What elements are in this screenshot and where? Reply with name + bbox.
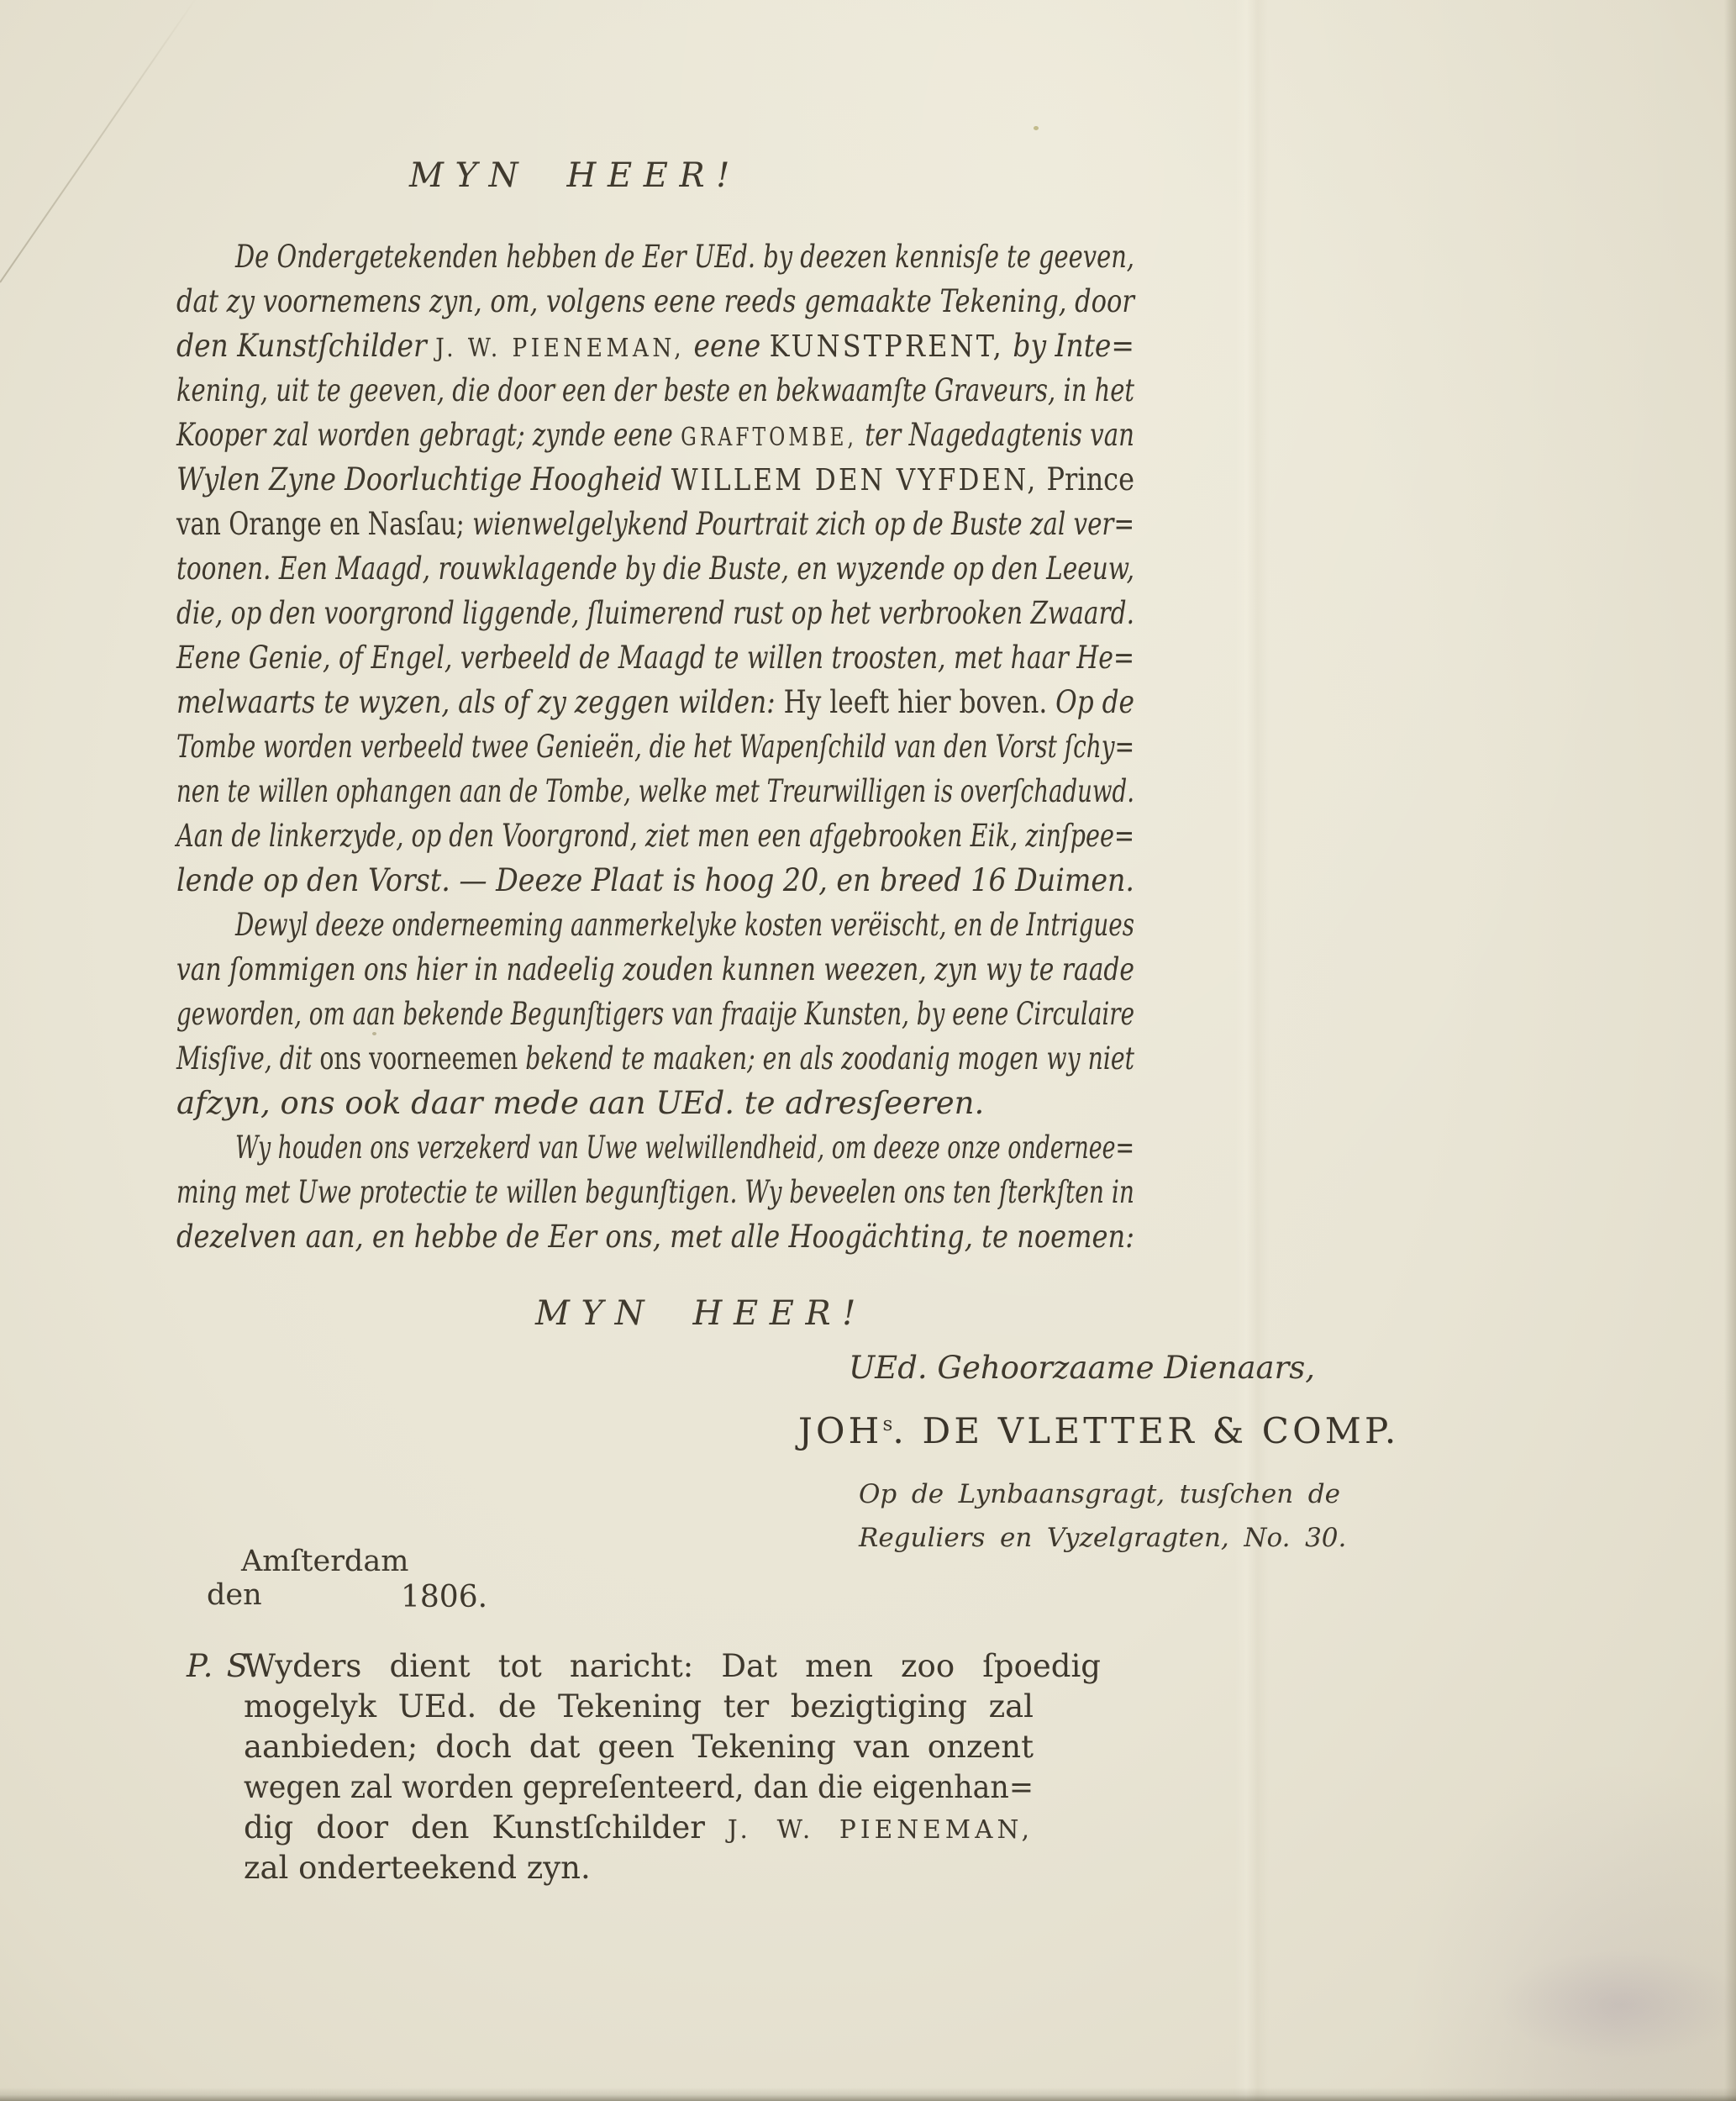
text-line-content: die, op den voorgrond liggende, ſluimere…: [176, 591, 1134, 635]
paper-edge-shade-right: [1724, 0, 1736, 2101]
text-line-content: Kooper zal worden gebragt; zynde eene GR…: [176, 413, 1134, 460]
pencil-smudge: [1496, 1950, 1736, 2059]
text-line: zal onderteekend zyn.: [244, 1848, 1034, 1888]
text-line-content: nen te willen ophangen aan de Tombe, wel…: [176, 769, 1134, 814]
text-line-content: kening, uit te geeven, die door een der …: [176, 368, 1134, 413]
text-line: afzyn, ons ook daar mede aan UEd. te adr…: [176, 1081, 1134, 1125]
text-line-content: Wy houden ons verzekerd van Uwe welwille…: [235, 1125, 1134, 1170]
text-segment: van Orange en Nasſau;: [176, 506, 472, 542]
text-line: Dewyl deeze onderneeming aanmerkelyke ko…: [176, 903, 1134, 947]
text-segment: afzyn, ons ook daar mede aan UEd. te adr…: [176, 1085, 984, 1121]
text-line: Tombe worden verbeeld twee Genieën, die …: [176, 724, 1134, 769]
firm-name-superscript: s: [883, 1414, 893, 1435]
text-line: Wylen Zyne Doorluchtige Hoogheid WILLEM …: [176, 457, 1134, 502]
text-line-content: Wylen Zyne Doorluchtige Hoogheid WILLEM …: [176, 457, 1134, 503]
paper-fold-band: [1235, 0, 1269, 2101]
text-line-content: lende op den Vorst. — Deeze Plaat is hoo…: [176, 858, 1134, 903]
text-line-content: Misſive, dit ons voorneemen bekend te ma…: [176, 1036, 1134, 1081]
text-segment: ming met Uwe protectie te willen begunſt…: [176, 1174, 1134, 1210]
text-line: mogelyk UEd. de Tekening ter bezigtiging…: [244, 1687, 1034, 1727]
paper-speck: [1034, 126, 1039, 130]
text-segment: nen te willen ophangen aan de Tombe, wel…: [176, 773, 1134, 809]
text-line: dezelven aan, en hebbe de Eer ons, met a…: [176, 1214, 1134, 1259]
text-line: lende op den Vorst. — Deeze Plaat is hoo…: [176, 858, 1134, 903]
text-segment: van ſommigen ons hier in nadeelig zouden…: [176, 951, 1134, 987]
text-segment: Misſive, dit: [176, 1040, 319, 1077]
text-line: den Kunstſchilder J. W. PIENEMAN, eene K…: [176, 324, 1134, 368]
text-line-content: melwaarts te wyzen, als of zy zeggen wil…: [176, 680, 1134, 724]
text-segment: Wy houden ons verzekerd van Uwe welwille…: [235, 1129, 1134, 1166]
letter-page: MYN HEER! De Ondergetekenden hebben de E…: [0, 0, 1736, 2101]
text-line-content: dezelven aan, en hebbe de Eer ons, met a…: [176, 1214, 1134, 1259]
text-segment: De Ondergetekenden hebben de Eer UEd. by…: [235, 239, 1134, 275]
closing-address-line-1: Op de Lynbaansgragt, tusſchen de: [859, 1479, 1340, 1509]
paper-fold-crease: [0, 0, 197, 283]
text-line: van ſommigen ons hier in nadeelig zouden…: [176, 947, 1134, 992]
text-line-content: Aan de linkerzyde, op den Voorgrond, zie…: [176, 814, 1134, 858]
text-line-content: dig door den Kunstſchilder J. W. PIENEMA…: [244, 1808, 1034, 1850]
text-line: toonen. Een Maagd, rouwklagende by die B…: [176, 546, 1134, 591]
text-segment: GRAFTOMBE,: [681, 423, 857, 451]
letter-body: De Ondergetekenden hebben de Eer UEd. by…: [176, 234, 1134, 1259]
dateline-day-label: den: [207, 1578, 262, 1612]
text-line-content: aanbieden; doch dat geen Tekening van on…: [244, 1727, 1034, 1767]
text-line: van Orange en Nasſau; wienwelgelykend Po…: [176, 502, 1134, 546]
text-line-content: Wyders dient tot naricht: Dat men zoo ſp…: [244, 1646, 1101, 1687]
text-segment: Hy leeft hier boven.: [784, 684, 1048, 720]
text-line: dat zy voornemens zyn, om, volgens eene …: [176, 279, 1134, 324]
text-line-content: den Kunstſchilder J. W. PIENEMAN, eene K…: [176, 324, 1134, 371]
text-segment: mogelyk UEd. de Tekening ter bezigtiging…: [244, 1688, 1034, 1725]
salutation-heading-2: MYN HEER!: [535, 1294, 867, 1333]
text-line: ming met Uwe protectie te willen begunſt…: [176, 1170, 1134, 1214]
text-line-content: van Orange en Nasſau; wienwelgelykend Po…: [176, 502, 1134, 546]
dateline-city: Amſterdam: [241, 1545, 408, 1578]
text-segment: eene: [685, 328, 770, 364]
text-segment: Wylen Zyne Doorluchtige Hoogheid: [176, 461, 671, 498]
text-segment: KUNSTPRENT,: [770, 329, 1004, 364]
text-line: melwaarts te wyzen, als of zy zeggen wil…: [176, 680, 1134, 724]
text-segment: Aan de linkerzyde, op den Voorgrond, zie…: [176, 818, 1134, 854]
text-line-content: geworden, om aan bekende Begunſtigers va…: [176, 992, 1134, 1036]
text-line: wegen zal worden gepreſenteerd, dan die …: [244, 1767, 1034, 1808]
text-segment: zal onderteekend zyn.: [244, 1850, 591, 1886]
text-segment: bekend te maaken; en als zoodanig mogen …: [518, 1040, 1134, 1077]
text-segment: Kooper zal worden gebragt; zynde eene: [176, 417, 681, 453]
text-segment: wienwelgelykend Pourtrait zich op de Bus…: [472, 506, 1134, 542]
text-line-content: Tombe worden verbeeld twee Genieën, die …: [176, 724, 1134, 769]
text-line: geworden, om aan bekende Begunſtigers va…: [176, 992, 1134, 1036]
text-line-content: mogelyk UEd. de Tekening ter bezigtiging…: [244, 1687, 1034, 1727]
text-line-content: Dewyl deeze onderneeming aanmerkelyke ko…: [235, 903, 1134, 947]
text-segment: Dewyl deeze onderneeming aanmerkelyke ko…: [235, 907, 1134, 943]
text-segment: den Kunstſchilder: [176, 328, 435, 364]
text-segment: die, op den voorgrond liggende, ſluimere…: [176, 595, 1134, 631]
text-line: Aan de linkerzyde, op den Voorgrond, zie…: [176, 814, 1134, 858]
text-line: kening, uit te geeven, die door een der …: [176, 368, 1134, 413]
text-segment: by Inte=: [1004, 328, 1134, 364]
text-segment: dig door den Kunstſchilder: [244, 1809, 728, 1846]
text-line: dig door den Kunstſchilder J. W. PIENEMA…: [244, 1808, 1034, 1848]
text-segment: Prince: [1038, 461, 1134, 498]
text-segment: Tombe worden verbeeld twee Genieën, die …: [176, 729, 1134, 765]
text-segment: lende op den Vorst. — Deeze Plaat is hoo…: [176, 862, 1134, 898]
text-line-content: zal onderteekend zyn.: [244, 1848, 591, 1888]
text-line: Eene Genie, of Engel, verbeeld de Maagd …: [176, 635, 1134, 680]
text-line: die, op den voorgrond liggende, ſluimere…: [176, 591, 1134, 635]
dateline-year: 1806.: [401, 1580, 487, 1614]
text-line: Misſive, dit ons voorneemen bekend te ma…: [176, 1036, 1134, 1081]
postscript-body: Wyders dient tot naricht: Dat men zoo ſp…: [244, 1646, 1101, 1888]
text-line: Wy houden ons verzekerd van Uwe welwille…: [176, 1125, 1134, 1170]
salutation-heading: MYN HEER!: [409, 156, 741, 195]
text-segment: WILLEM DEN VYFDEN,: [671, 463, 1039, 498]
text-segment: wegen zal worden gepreſenteerd, dan die …: [244, 1769, 1034, 1805]
closing-address-line-2: Reguliers en Vyzelgragten, No. 30.: [859, 1523, 1346, 1553]
firm-name-post: . DE VLETTER & COMP.: [892, 1410, 1399, 1451]
text-segment: dezelven aan, en hebbe de Eer ons, met a…: [176, 1219, 1134, 1255]
text-segment: Eene Genie, of Engel, verbeeld de Maagd …: [176, 640, 1134, 676]
text-segment: ter Nagedagtenis van: [857, 417, 1134, 453]
text-segment: melwaarts te wyzen, als of zy zeggen wil…: [176, 684, 784, 720]
text-line-content: van ſommigen ons hier in nadeelig zouden…: [176, 947, 1134, 992]
closing-servants-line: UEd. Gehoorzaame Dienaars,: [849, 1350, 1315, 1386]
text-segment: ons voorneemen: [319, 1040, 518, 1077]
text-segment: toonen. Een Maagd, rouwklagende by die B…: [176, 550, 1134, 587]
closing-firm-name: JOHs. DE VLETTER & COMP.: [798, 1410, 1399, 1451]
text-segment: J. W. PIENEMAN,: [435, 334, 685, 362]
text-segment: geworden, om aan bekende Begunſtigers va…: [176, 996, 1134, 1032]
text-line: nen te willen ophangen aan de Tombe, wel…: [176, 769, 1134, 814]
text-line-content: toonen. Een Maagd, rouwklagende by die B…: [176, 546, 1134, 591]
text-line-content: afzyn, ons ook daar mede aan UEd. te adr…: [176, 1081, 984, 1125]
text-segment: kening, uit te geeven, die door een der …: [176, 372, 1134, 408]
text-line: Kooper zal worden gebragt; zynde eene GR…: [176, 413, 1134, 457]
text-segment: J. W. PIENEMAN,: [728, 1815, 1034, 1844]
text-line-content: wegen zal worden gepreſenteerd, dan die …: [244, 1767, 1034, 1808]
text-segment: Wyders dient tot naricht: Dat men zoo ſp…: [244, 1648, 1101, 1684]
text-line-content: dat zy voornemens zyn, om, volgens eene …: [176, 279, 1134, 324]
text-line-content: Eene Genie, of Engel, verbeeld de Maagd …: [176, 635, 1134, 680]
text-segment: aanbieden; doch dat geen Tekening van on…: [244, 1729, 1034, 1765]
firm-name-pre: JOH: [798, 1410, 883, 1451]
text-line: aanbieden; doch dat geen Tekening van on…: [244, 1727, 1034, 1767]
text-line: De Ondergetekenden hebben de Eer UEd. by…: [176, 234, 1134, 279]
text-segment: Op de: [1047, 684, 1134, 720]
text-line: Wyders dient tot naricht: Dat men zoo ſp…: [244, 1646, 1101, 1687]
text-line-content: De Ondergetekenden hebben de Eer UEd. by…: [235, 234, 1134, 279]
text-segment: dat zy voornemens zyn, om, volgens eene …: [176, 283, 1134, 319]
paper-edge-shade-bottom: [0, 2088, 1736, 2101]
text-line-content: ming met Uwe protectie te willen begunſt…: [176, 1170, 1134, 1214]
